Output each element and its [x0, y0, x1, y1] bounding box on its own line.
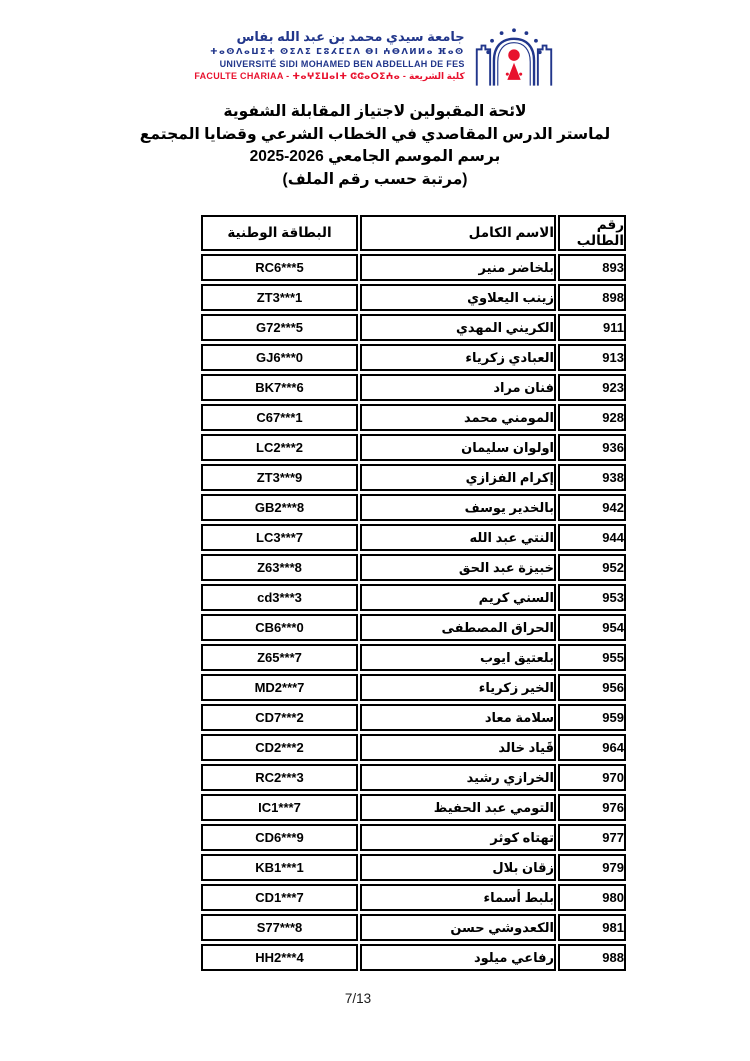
student-number-cell: 923 [558, 374, 626, 401]
table-header-row: رقم الطالب الاسم الكامل البطاقة الوطنية [201, 215, 626, 251]
full-name-cell: المومني محمد [360, 404, 556, 431]
full-name-cell: الخير زكرياء [360, 674, 556, 701]
title-line-3: برسم الموسم الجامعي 2026-2025 [0, 146, 750, 169]
full-name-cell: بالخدير يوسف [360, 494, 556, 521]
full-name-cell: الخرازي رشيد [360, 764, 556, 791]
full-name-cell: اولوان سليمان [360, 434, 556, 461]
student-number-cell: 928 [558, 404, 626, 431]
full-name-cell: رفاعي ميلود [360, 944, 556, 971]
full-name-cell: بلبط أسماء [360, 884, 556, 911]
national-id-cell: ZT3***1 [201, 284, 358, 311]
table-row: 893بلخاضر منيرRC6***5 [201, 254, 626, 281]
title-line-1: لائحة المقبولين لاجتياز المقابلة الشفوية [0, 101, 750, 124]
student-number-cell: 959 [558, 704, 626, 731]
col-header-student-number: رقم الطالب [558, 215, 626, 251]
col-header-full-name: الاسم الكامل [360, 215, 556, 251]
full-name-cell: تهتاه كوثر [360, 824, 556, 851]
table-row: 981الكعدوشي حسنS77***8 [201, 914, 626, 941]
full-name-cell: النتي عبد الله [360, 524, 556, 551]
national-id-cell: S77***8 [201, 914, 358, 941]
university-name-tifinagh: ⵜⴰⵙⴷⴰⵡⵉⵜ ⵙⵉⴷⵉ ⵎⵓⵃⵎⵎⴷ ⴱⵏ ⵄⴱⴷⵍⵍⴰ ⴼⴰⵙ [194, 45, 464, 58]
national-id-cell: RC6***5 [201, 254, 358, 281]
page-number: 7/13 [0, 991, 716, 1006]
student-number-cell: 911 [558, 314, 626, 341]
student-number-cell: 936 [558, 434, 626, 461]
table-row: 942بالخدير يوسفGB2***8 [201, 494, 626, 521]
table-row: 976التومي عبد الحفيظIC1***7 [201, 794, 626, 821]
table-row: 911الكريني المهديG72***5 [201, 314, 626, 341]
national-id-cell: CD2***2 [201, 734, 358, 761]
col-header-national-id: البطاقة الوطنية [201, 215, 358, 251]
table-row: 977تهتاه كوثرCD6***9 [201, 824, 626, 851]
student-number-cell: 970 [558, 764, 626, 791]
full-name-cell: قَياد خالد [360, 734, 556, 761]
full-name-cell: الحراق المصطفى [360, 614, 556, 641]
table-row: 928المومني محمدC67***1 [201, 404, 626, 431]
title-line-4: (مرتبة حسب رقم الملف) [0, 169, 750, 192]
student-number-cell: 976 [558, 794, 626, 821]
student-number-cell: 980 [558, 884, 626, 911]
table-row: 913العبادي زكرياءGJ6***0 [201, 344, 626, 371]
table-row: 936اولوان سليمانLC2***2 [201, 434, 626, 461]
national-id-cell: Z63***8 [201, 554, 358, 581]
full-name-cell: العبادي زكرياء [360, 344, 556, 371]
student-number-cell: 988 [558, 944, 626, 971]
full-name-cell: التومي عبد الحفيظ [360, 794, 556, 821]
national-id-cell: HH2***4 [201, 944, 358, 971]
full-name-cell: السني كريم [360, 584, 556, 611]
national-id-cell: KB1***1 [201, 854, 358, 881]
table-row: 959سلامة معادCD7***2 [201, 704, 626, 731]
national-id-cell: GB2***8 [201, 494, 358, 521]
table-row: 964قَياد خالدCD2***2 [201, 734, 626, 761]
national-id-cell: Z65***7 [201, 644, 358, 671]
national-id-cell: GJ6***0 [201, 344, 358, 371]
national-id-cell: G72***5 [201, 314, 358, 341]
table-row: 923فنان مرادBK7***6 [201, 374, 626, 401]
student-number-cell: 981 [558, 914, 626, 941]
national-id-cell: ZT3***9 [201, 464, 358, 491]
table-row: 952خبيزة عبد الحقZ63***8 [201, 554, 626, 581]
full-name-cell: سلامة معاد [360, 704, 556, 731]
student-number-cell: 977 [558, 824, 626, 851]
national-id-cell: LC3***7 [201, 524, 358, 551]
student-number-cell: 954 [558, 614, 626, 641]
full-name-cell: بلخاضر منير [360, 254, 556, 281]
table-row: 938إكرام الفزازيZT3***9 [201, 464, 626, 491]
full-name-cell: إكرام الفزازي [360, 464, 556, 491]
table-row: 979زقان بلالKB1***1 [201, 854, 626, 881]
student-number-cell: 979 [558, 854, 626, 881]
student-number-cell: 952 [558, 554, 626, 581]
student-number-cell: 944 [558, 524, 626, 551]
table-row: 970الخرازي رشيدRC2***3 [201, 764, 626, 791]
national-id-cell: C67***1 [201, 404, 358, 431]
table-row: 953السني كريمcd3***3 [201, 584, 626, 611]
full-name-cell: بلعتيق ايوب [360, 644, 556, 671]
student-number-cell: 955 [558, 644, 626, 671]
university-emblem-icon [472, 26, 556, 93]
table-row: 988رفاعي ميلودHH2***4 [201, 944, 626, 971]
full-name-cell: زقان بلال [360, 854, 556, 881]
national-id-cell: BK7***6 [201, 374, 358, 401]
accepted-candidates-table: رقم الطالب الاسم الكامل البطاقة الوطنية … [199, 212, 628, 974]
university-name-arabic: جامعة سيدي محمد بن عبد الله بفاس [194, 29, 464, 45]
table-row: 954الحراق المصطفىCB6***0 [201, 614, 626, 641]
full-name-cell: الكريني المهدي [360, 314, 556, 341]
faculty-name-line: FACULTE CHARIAA - ⵜⴰⵖⵉⵡⴰⵏⵜ ⵛⵛⴰⵔⵉⵄⴰ - كلي… [194, 70, 464, 83]
student-number-cell: 938 [558, 464, 626, 491]
document-title-block: لائحة المقبولين لاجتياز المقابلة الشفوية… [0, 101, 750, 191]
table-row: 944النتي عبد اللهLC3***7 [201, 524, 626, 551]
national-id-cell: CB6***0 [201, 614, 358, 641]
national-id-cell: cd3***3 [201, 584, 358, 611]
results-table-container: رقم الطالب الاسم الكامل البطاقة الوطنية … [199, 212, 628, 974]
full-name-cell: الكعدوشي حسن [360, 914, 556, 941]
student-number-cell: 964 [558, 734, 626, 761]
title-line-2: لماستر الدرس المقاصدي في الخطاب الشرعي و… [0, 124, 750, 147]
table-row: 956الخير زكرياءMD2***7 [201, 674, 626, 701]
national-id-cell: CD7***2 [201, 704, 358, 731]
letterhead-text: جامعة سيدي محمد بن عبد الله بفاس ⵜⴰⵙⴷⴰⵡⵉ… [194, 26, 464, 83]
student-number-cell: 893 [558, 254, 626, 281]
table-row: 955بلعتيق ايوبZ65***7 [201, 644, 626, 671]
table-row: 980بلبط أسماءCD1***7 [201, 884, 626, 911]
student-number-cell: 953 [558, 584, 626, 611]
national-id-cell: RC2***3 [201, 764, 358, 791]
full-name-cell: فنان مراد [360, 374, 556, 401]
student-number-cell: 956 [558, 674, 626, 701]
national-id-cell: MD2***7 [201, 674, 358, 701]
student-number-cell: 898 [558, 284, 626, 311]
document-page: جامعة سيدي محمد بن عبد الله بفاس ⵜⴰⵙⴷⴰⵡⵉ… [0, 0, 750, 1061]
table-row: 898زينب اليعلاويZT3***1 [201, 284, 626, 311]
university-letterhead: جامعة سيدي محمد بن عبد الله بفاس ⵜⴰⵙⴷⴰⵡⵉ… [0, 26, 750, 93]
student-number-cell: 942 [558, 494, 626, 521]
national-id-cell: CD1***7 [201, 884, 358, 911]
full-name-cell: خبيزة عبد الحق [360, 554, 556, 581]
national-id-cell: LC2***2 [201, 434, 358, 461]
national-id-cell: IC1***7 [201, 794, 358, 821]
university-name-french: UNIVERSITÉ SIDI MOHAMED BEN ABDELLAH DE … [194, 58, 464, 70]
national-id-cell: CD6***9 [201, 824, 358, 851]
full-name-cell: زينب اليعلاوي [360, 284, 556, 311]
student-number-cell: 913 [558, 344, 626, 371]
